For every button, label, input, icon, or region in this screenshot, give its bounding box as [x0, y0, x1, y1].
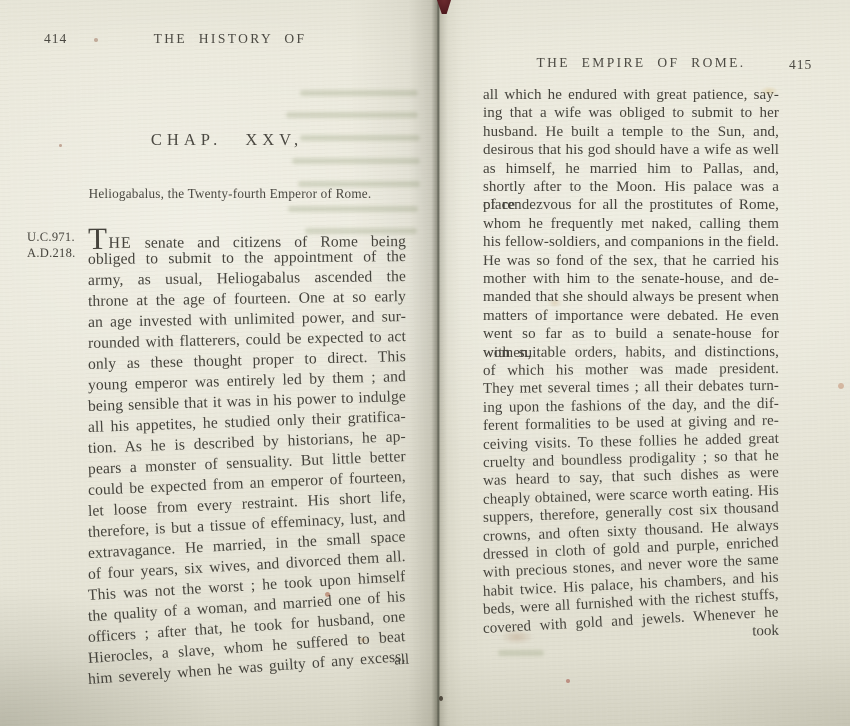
running-header-left: THE HISTORY OF	[70, 31, 390, 47]
text-line: of rendezvous for all the prostitutes of…	[483, 196, 779, 214]
chapter-heading: CHAP. XXV,	[67, 130, 387, 150]
page-number-right: 415	[789, 57, 812, 73]
text-line: desirous that his god should have a wife…	[483, 141, 779, 159]
chapter-subtitle: Heliogabalus, the Twenty-fourth Emperor …	[30, 186, 430, 202]
margin-note: U.C.971. A.D.218.	[27, 230, 76, 261]
text-line: manded that she should always be present…	[483, 288, 779, 306]
right-page-text: all which he endured with great patience…	[483, 86, 779, 644]
text-line: mother with him to the senate-house, and…	[483, 270, 779, 288]
text-line: husband. He built a temple to the Sun, a…	[483, 123, 779, 141]
text-line: shortly after to the Moon. His palace wa…	[483, 178, 779, 196]
text-line: all which he endured with great patience…	[483, 86, 779, 104]
text-line: his fellow-soldiers, and companions in t…	[483, 233, 779, 251]
running-header-right: THE EMPIRE OF ROME.	[501, 55, 781, 71]
page-number-left: 414	[44, 31, 67, 47]
text-line: with suitable orders, habits, and distin…	[483, 343, 779, 362]
text-line: ing that a wife was obliged to submit to…	[483, 104, 779, 122]
text-line: He was so fond of the sex, that he carri…	[483, 252, 779, 270]
spine-headband	[433, 0, 455, 14]
left-page-text: THE senate and citizens of Rome beingobl…	[88, 228, 406, 696]
text-line: went so far as to build a senate-house f…	[483, 325, 779, 343]
text-line: matters of importance were debated. He e…	[483, 307, 779, 325]
margin-note-ad: A.D.218.	[27, 246, 76, 262]
text-line: as himself, he married him to Pallas, an…	[483, 160, 779, 178]
open-book-photo: 414 THE HISTORY OF CHAP. XXV, Heliogabal…	[0, 0, 850, 726]
text-line: whom he frequently met naked, calling th…	[483, 215, 779, 233]
margin-note-uc: U.C.971.	[27, 230, 76, 246]
